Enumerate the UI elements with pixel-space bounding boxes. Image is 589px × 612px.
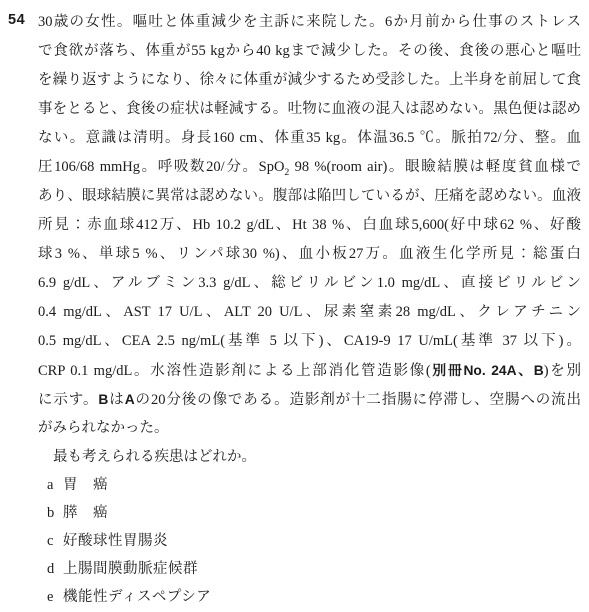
stem-text: を繰り返すようになり、徐々に体重が減少するため受診した。上半身を前屈して食 xyxy=(38,72,581,88)
stem-line: で食欲が落ち、体重が55 kgから40 kgまで減少した。その後、食後の悪心と嘔… xyxy=(38,37,581,66)
option-c: c好酸球性胃腸炎 xyxy=(38,527,581,555)
option-letter: d xyxy=(47,555,63,583)
stem-text: で食欲が落ち、体重が55 kgから40 kgまで減少した。その後、食後の悪心と嘔… xyxy=(38,43,581,59)
question-number: 54 xyxy=(8,12,25,28)
question-prompt: 最も考えられる疾患はどれか。 xyxy=(53,443,581,471)
stem-text: 事をとると、食後の症状は軽減する。吐物に血液の混入は認めない。黒色便は認め xyxy=(38,101,581,117)
options-list: a胃 癌b膵 癌c好酸球性胃腸炎d上腸間膜動脈症候群e機能性ディスペプシア xyxy=(38,471,581,611)
stem-text: は xyxy=(108,392,124,408)
option-b: b膵 癌 xyxy=(38,499,581,527)
stem-text: に示す。 xyxy=(38,392,98,408)
stem-line: 6.9 g/dL、アルブミン3.3 g/dL、総ビリルビン1.0 mg/dL、直… xyxy=(38,269,581,298)
stem-bold-label: B xyxy=(98,392,108,407)
stem-line: がみられなかった。 xyxy=(38,414,581,443)
stem-line: 30歳の女性。嘔吐と体重減少を主訴に来院した。6か月前から仕事のストレス xyxy=(38,8,581,37)
stem-line: 所見：赤血球412万、Hb 10.2 g/dL、Ht 38 %、白血球5,600… xyxy=(38,211,581,240)
stem-line: ない。意識は清明。身長160 cm、体重35 kg。体温36.5 ℃。脈拍72/… xyxy=(38,124,581,153)
stem-text: 0.4 mg/dL、AST 17 U/L、ALT 20 U/L、尿素窒素28 m… xyxy=(38,304,581,320)
option-text: 胃 癌 xyxy=(63,477,108,493)
stem-line: あり、眼球結膜に異常は認めない。腹部は陥凹しているが、圧痛を認めない。血液 xyxy=(38,182,581,211)
option-text: 上腸間膜動脈症候群 xyxy=(63,561,198,577)
option-text: 膵 癌 xyxy=(63,505,108,521)
stem-text: 圧106/68 mmHg。呼吸数20/分。SpO xyxy=(38,159,284,175)
exam-question-block: 54 30歳の女性。嘔吐と体重減少を主訴に来院した。6か月前から仕事のストレスで… xyxy=(0,0,589,611)
stem-line: を繰り返すようになり、徐々に体重が減少するため受診した。上半身を前屈して食 xyxy=(38,66,581,95)
option-a: a胃 癌 xyxy=(38,471,581,499)
stem-text: 6.9 g/dL、アルブミン3.3 g/dL、総ビリルビン1.0 mg/dL、直… xyxy=(38,275,581,291)
stem-text: ない。意識は清明。身長160 cm、体重35 kg。体温36.5 ℃。脈拍72/… xyxy=(38,130,581,146)
stem-bold-label: 別冊No. 24A、B xyxy=(431,363,544,378)
option-text: 機能性ディスペプシア xyxy=(63,589,211,605)
stem-text: がみられなかった。 xyxy=(38,420,169,436)
option-text: 好酸球性胃腸炎 xyxy=(63,533,168,549)
stem-text: 0.5 mg/dL、CEA 2.5 ng/mL(基準 5 以下)、CA19-9 … xyxy=(38,333,581,349)
stem-line: CRP 0.1 mg/dL。水溶性造影剤による上部消化管造影像(別冊No. 24… xyxy=(38,356,581,385)
option-letter: b xyxy=(47,499,63,527)
option-d: d上腸間膜動脈症候群 xyxy=(38,555,581,583)
stem-text: CRP 0.1 mg/dL。水溶性造影剤による上部消化管造影像( xyxy=(38,363,431,379)
question-stem: 30歳の女性。嘔吐と体重減少を主訴に来院した。6か月前から仕事のストレスで食欲が… xyxy=(38,8,581,443)
stem-line: 圧106/68 mmHg。呼吸数20/分。SpO2 98 %(room air)… xyxy=(38,153,581,182)
stem-line: に示す。BはAの20分後の像である。造影剤が十二指腸に停滞し、空腸への流出 xyxy=(38,385,581,414)
stem-text: の20分後の像である。造影剤が十二指腸に停滞し、空腸への流出 xyxy=(135,392,581,408)
option-letter: c xyxy=(47,527,63,555)
stem-text: )を別 xyxy=(544,363,581,379)
option-letter: a xyxy=(47,471,63,499)
stem-text: 30歳の女性。嘔吐と体重減少を主訴に来院した。6か月前から仕事のストレス xyxy=(38,14,581,30)
option-e: e機能性ディスペプシア xyxy=(38,583,581,611)
stem-bold-label: A xyxy=(125,392,135,407)
stem-text: 所見：赤血球412万、Hb 10.2 g/dL、Ht 38 %、白血球5,600… xyxy=(38,217,581,233)
stem-line: 事をとると、食後の症状は軽減する。吐物に血液の混入は認めない。黒色便は認め xyxy=(38,95,581,124)
stem-line: 球3 %、単球5 %、リンパ球30 %)、血小板27万。血液生化学所見：総蛋白 xyxy=(38,240,581,269)
stem-text: 98 %(room air)。眼瞼結膜は軽度貧血様で xyxy=(289,159,581,175)
stem-line: 0.5 mg/dL、CEA 2.5 ng/mL(基準 5 以下)、CA19-9 … xyxy=(38,327,581,356)
stem-text: あり、眼球結膜に異常は認めない。腹部は陥凹しているが、圧痛を認めない。血液 xyxy=(38,188,581,204)
stem-line: 0.4 mg/dL、AST 17 U/L、ALT 20 U/L、尿素窒素28 m… xyxy=(38,298,581,327)
option-letter: e xyxy=(47,583,63,611)
stem-text: 球3 %、単球5 %、リンパ球30 %)、血小板27万。血液生化学所見：総蛋白 xyxy=(38,246,581,262)
